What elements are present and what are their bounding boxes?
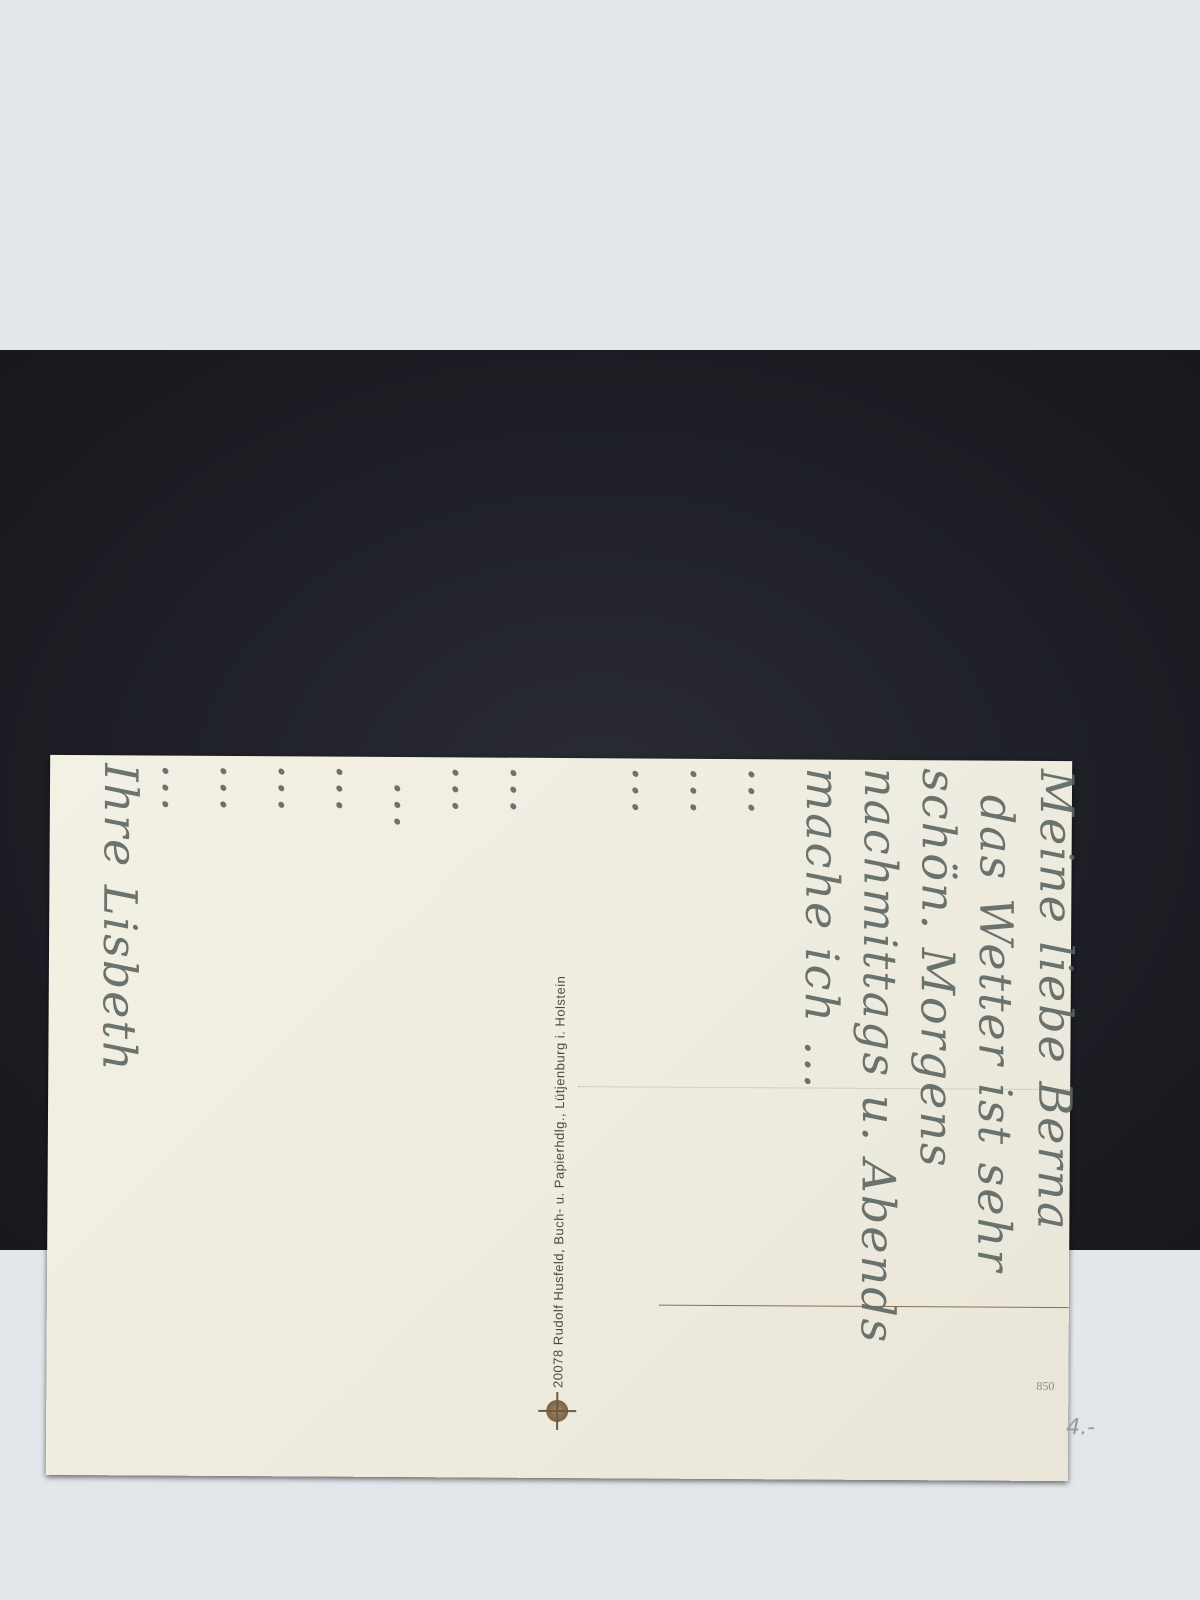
handwriting-line: schön. Morgens (910, 768, 966, 1169)
handwriting-line: ... (152, 764, 206, 814)
handwriting-line: ... (268, 764, 322, 814)
handwriting-line: ... (210, 764, 264, 814)
handwriting-line: ... (738, 767, 792, 817)
signature: Ihre Lisbeth (92, 763, 148, 1073)
handwriting-line: mache ich ... (794, 767, 850, 1090)
photo-background: Meine liebe Berna das Wetter ist sehr sc… (0, 350, 1200, 1250)
handwriting-line: nachmittags u. Abends (851, 768, 909, 1345)
handwriting-line: ... (680, 767, 734, 817)
handwriting-line: ... (384, 781, 438, 831)
pencil-mark: 4.- (1066, 1415, 1095, 1440)
handwriting-line: das Wetter ist sehr (967, 795, 1024, 1274)
handwriting-line: ... (500, 766, 554, 816)
corner-number: 850 (1036, 1379, 1054, 1394)
postcard-back: Meine liebe Berna das Wetter ist sehr sc… (46, 755, 1072, 1481)
handwriting-line: ... (442, 765, 496, 815)
handwriting-line: ... (326, 765, 380, 815)
handwriting-line: ... (622, 766, 676, 816)
publisher-imprint: 20078 Rudolf Husfeld, Buch- u. Papierhdl… (550, 808, 569, 1388)
handwriting-line: Meine liebe Berna (1027, 769, 1084, 1232)
publisher-logo-icon (546, 1400, 568, 1422)
